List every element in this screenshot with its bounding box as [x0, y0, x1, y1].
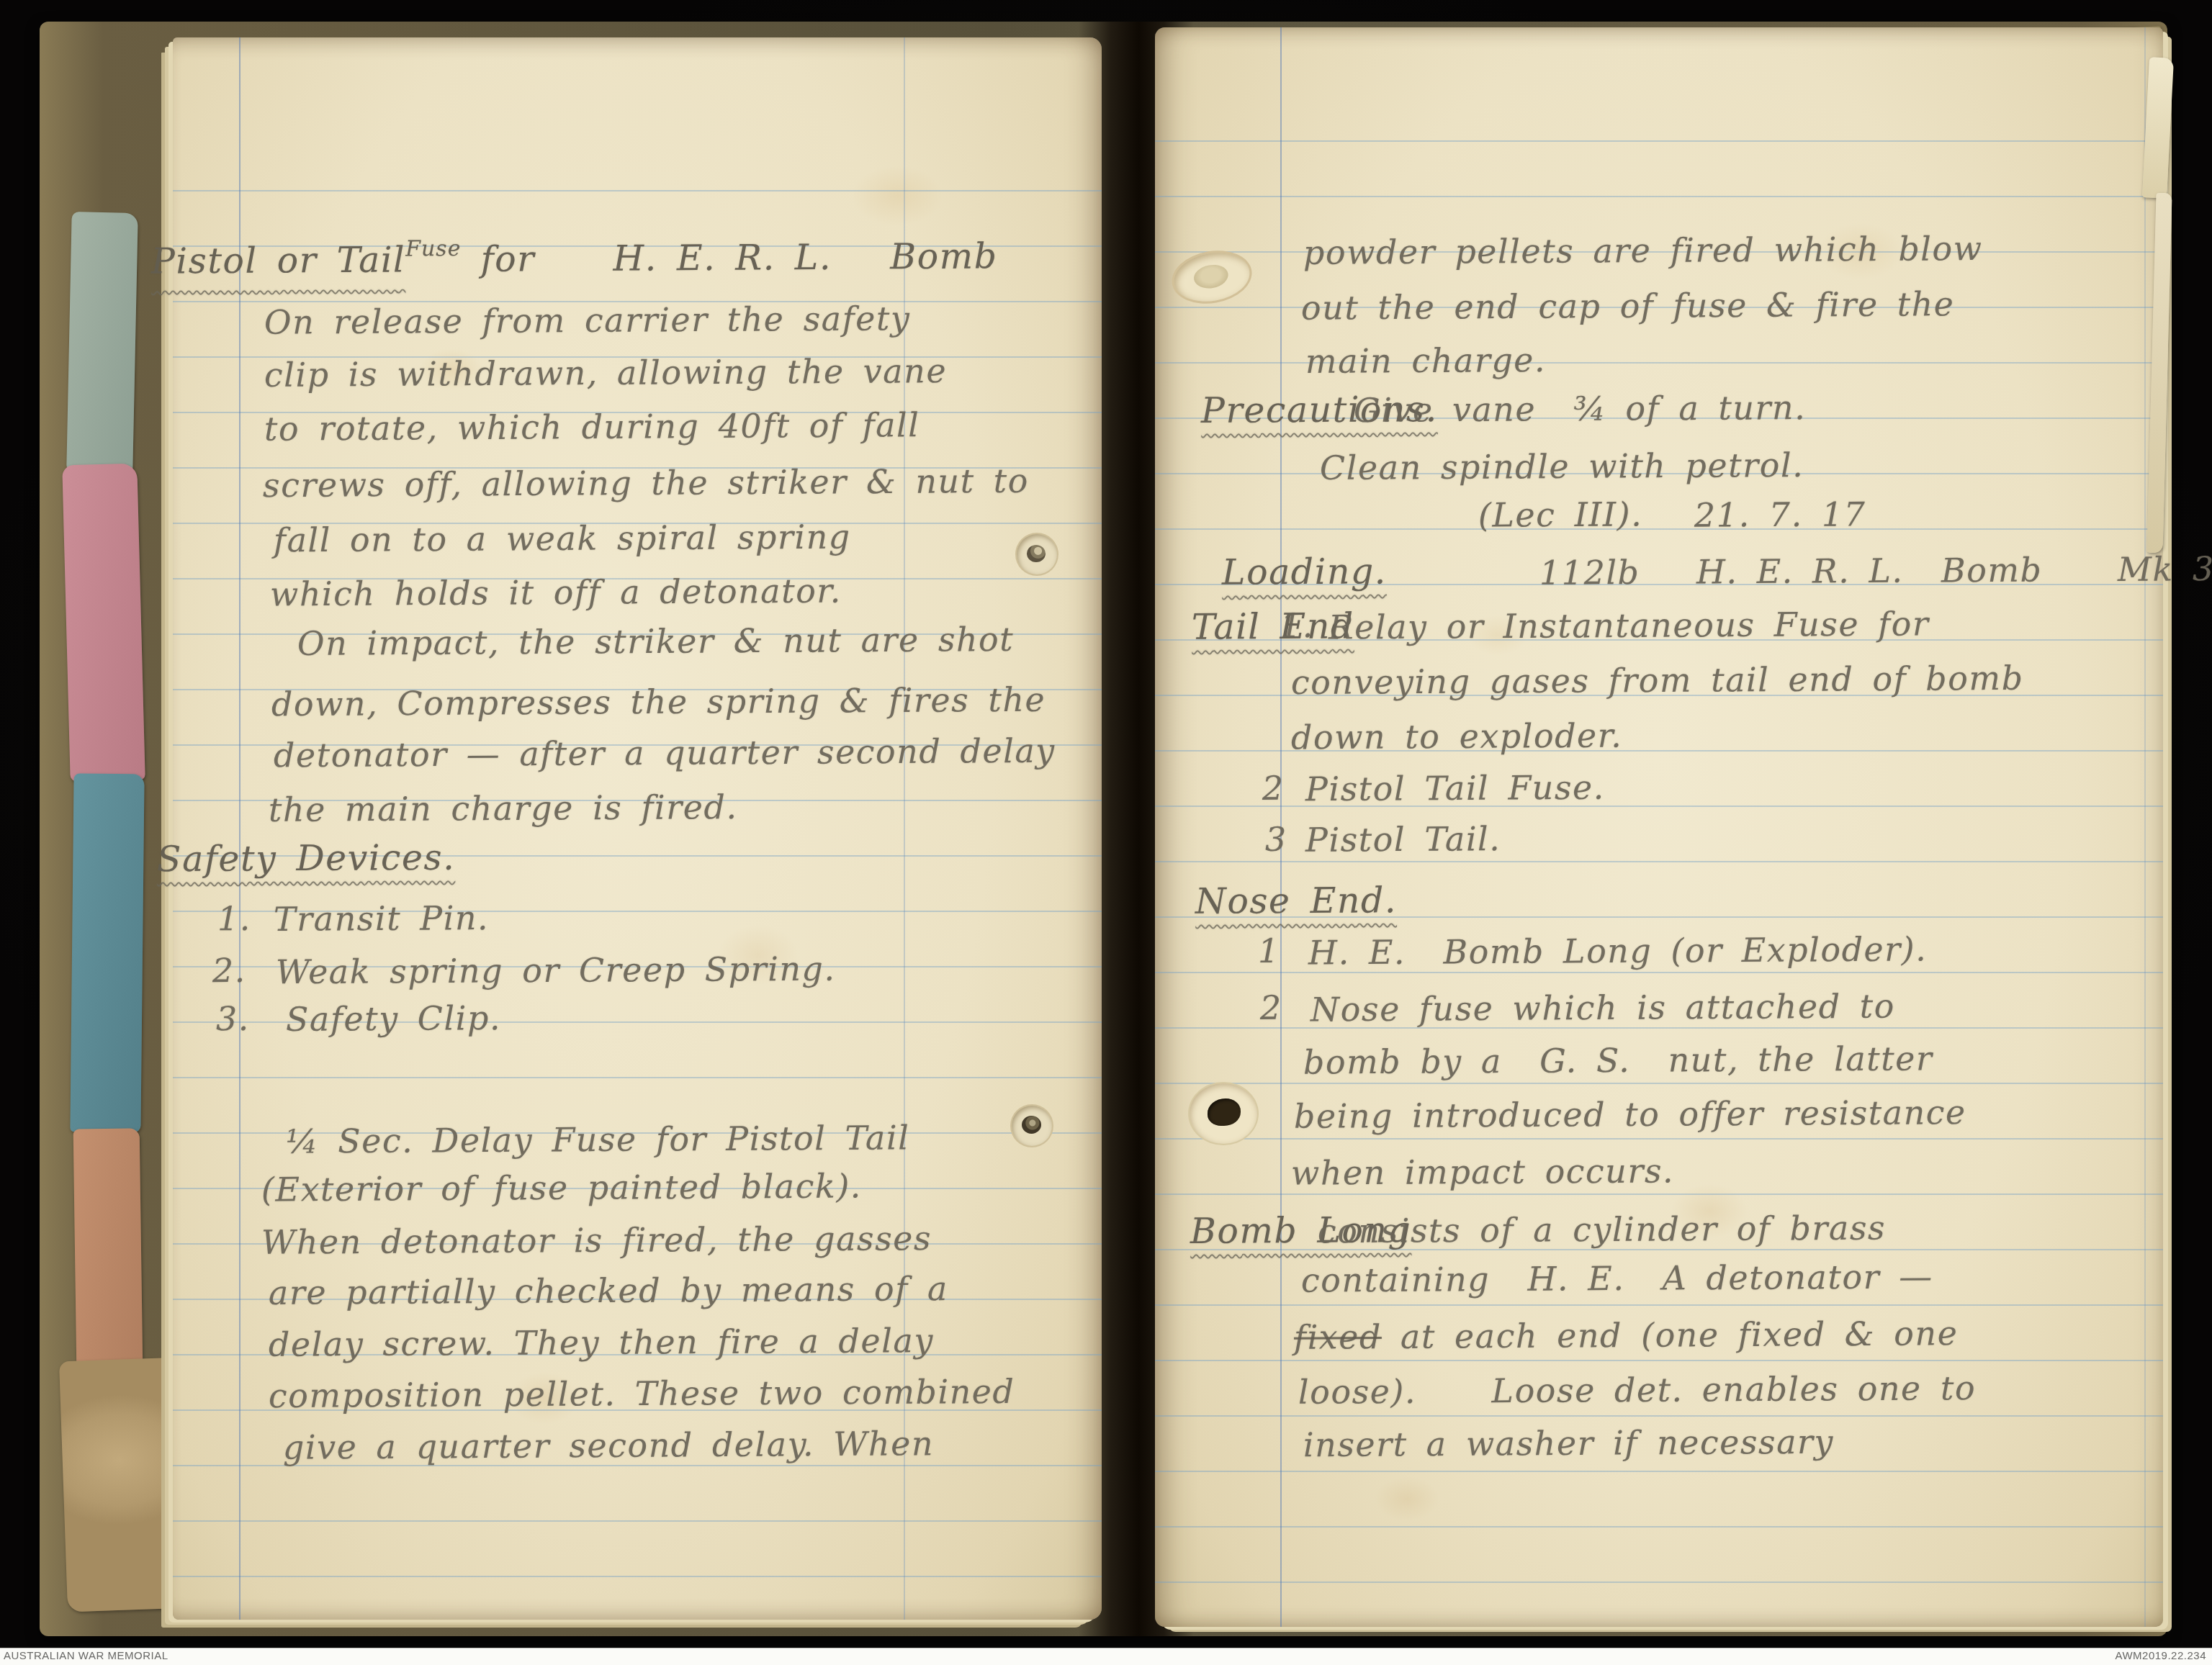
list-number: 1.: [217, 900, 251, 938]
handwritten-line-with-strike: fixed at each end (one fixed & one: [1294, 1314, 1959, 1357]
title-rest: for H. E. R. L. Bomb: [461, 235, 997, 280]
handwritten-line: detonator — after a quarter second delay: [274, 732, 1056, 775]
handwritten-line: the main charge is fired.: [269, 788, 738, 829]
handwritten-line: On impact, the striker & nut are shot: [297, 621, 1015, 663]
handwritten-line: out the end cap of fuse & fire the: [1301, 285, 1955, 327]
page-edge-grayblue: [66, 212, 138, 472]
torn-hole-center: [1192, 262, 1230, 291]
list-number: 1: [1258, 932, 1280, 970]
left-page-title: Pistol or TailFuse for H. E. R. L. Bomb: [151, 236, 998, 282]
handwritten-line: screws off, allowing the striker & nut t…: [263, 462, 1029, 505]
list-item: Nose fuse which is attached to: [1310, 988, 1895, 1029]
handwritten-line: (Exterior of fuse painted black).: [261, 1167, 862, 1209]
list-number: 2: [1260, 989, 1282, 1027]
list-number: 2: [1262, 770, 1285, 808]
handwritten-line: On release from carrier the safety: [264, 299, 911, 341]
loading-heading: Loading.: [1222, 551, 1387, 593]
column-line-right: [2144, 27, 2146, 1627]
torn-hole: [1190, 1083, 1257, 1144]
list-number: 3: [1265, 821, 1287, 859]
handwritten-line: consists of a cylinder of brass: [1318, 1209, 1886, 1251]
item-id: AWM2019.22.234: [2115, 1648, 2206, 1664]
handwritten-line: fall on to a weak spiral spring: [274, 518, 851, 560]
nose-end-heading: Nose End.: [1195, 880, 1397, 922]
page-edge-salmon: [73, 1128, 143, 1370]
handwritten-line: when impact occurs.: [1291, 1152, 1674, 1192]
list-number: 3.: [216, 1000, 250, 1038]
torn-hole-center: [1208, 1098, 1241, 1126]
list-item: Pistol Tail Fuse.: [1305, 769, 1605, 808]
date: 21. 7. 17: [1694, 495, 1866, 534]
struck-word: fixed: [1294, 1317, 1382, 1357]
handwritten-line: which holds it off a detonator.: [270, 572, 842, 614]
archive-name: AUSTRALIAN WAR MEMORIAL: [4, 1648, 168, 1664]
handwritten-line: main charge.: [1305, 341, 1546, 381]
handwritten-line: ¼ Sec. Delay Fuse for Pistol Tail: [286, 1119, 910, 1160]
handwritten-line: being introduced to offer resistance: [1294, 1093, 1966, 1136]
punch-hole-center: [1027, 545, 1046, 562]
handwritten-line: insert a washer if necessary: [1303, 1423, 1834, 1464]
punch-hole: [1012, 1106, 1052, 1146]
list-item: Weak spring or Creep Spring.: [276, 950, 836, 992]
list-item: Relay or Instantaneous Fuse for: [1328, 605, 1930, 646]
lecture-reference: (Lec III).: [1478, 495, 1643, 534]
punch-hole: [1017, 534, 1057, 574]
handwritten-line: containing H. E. A detonator —: [1301, 1258, 1933, 1299]
list-item: H. E. Bomb Long (or Exploder).: [1308, 930, 1928, 972]
list-number: 2.: [212, 952, 246, 990]
handwritten-line: bomb by a G. S. nut, the latter: [1303, 1039, 1933, 1081]
handwritten-line: Give vane ¾ of a turn.: [1354, 389, 1807, 430]
handwritten-line: give a quarter second delay. When: [283, 1425, 934, 1466]
list-item: Safety Clip.: [286, 999, 501, 1039]
handwritten-line: 112lb H. E. R. L. Bomb Mk 3: [1539, 550, 2212, 592]
line-after-strike: at each end (one fixed & one: [1382, 1314, 1959, 1356]
title-superscript: Fuse: [405, 236, 462, 261]
list-item: Transit Pin.: [274, 899, 489, 939]
handwritten-line: powder pellets are fired which blow: [1303, 230, 1983, 272]
handwritten-line: are partially checked by means of a: [269, 1270, 948, 1312]
list-number: 1.: [1280, 607, 1314, 645]
handwritten-line: down to exploder.: [1291, 717, 1623, 757]
punch-hole-center: [1022, 1116, 1041, 1134]
safety-devices-heading: Safety Devices.: [157, 838, 456, 880]
page-edge-teal: [70, 774, 144, 1133]
handwritten-line: down, Compresses the spring & fires the: [271, 681, 1046, 723]
caption-bar: AUSTRALIAN WAR MEMORIAL AWM2019.22.234: [0, 1648, 2212, 1665]
handwritten-line: composition pellet. These two combined: [269, 1373, 1015, 1415]
handwritten-line: conveying gases from tail end of bomb: [1291, 659, 2024, 702]
handwritten-line: Clean spindle with petrol.: [1320, 446, 1804, 487]
handwritten-line: clip is withdrawn, allowing the vane: [264, 352, 947, 394]
handwritten-line: delay screw. They then fire a delay: [269, 1322, 934, 1364]
handwritten-line: to rotate, which during 40ft of fall: [264, 406, 920, 448]
handwritten-line: When detonator is fired, the gasses: [261, 1219, 932, 1262]
title-underlined-text: Pistol or Tail: [151, 239, 406, 281]
handwritten-line: loose). Loose det. enables one to: [1298, 1369, 1976, 1412]
list-item: Pistol Tail.: [1305, 820, 1501, 859]
page-edge-pink: [62, 464, 145, 782]
